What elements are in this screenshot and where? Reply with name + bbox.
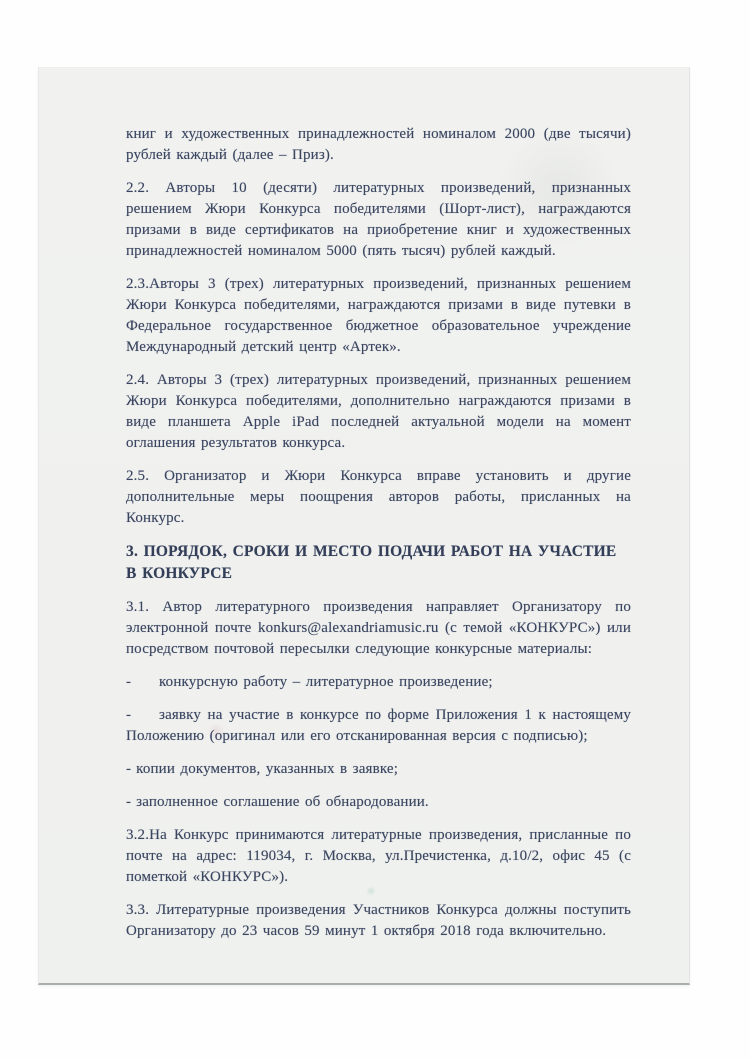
paragraph-3-1: 3.1. Автор литературного произведения на…	[126, 597, 631, 660]
dash-marker: -	[126, 672, 159, 693]
dash-marker: -	[126, 794, 131, 810]
paragraph-3-3: 3.3. Литературные произведения Участнико…	[126, 900, 631, 942]
list-item-text: копии документов, указанных в заявке;	[136, 761, 398, 777]
dash-marker: -	[126, 761, 131, 777]
document-page: книг и художественных принадлежностей но…	[38, 67, 690, 985]
paragraph-2-1-continuation: книг и художественных принадлежностей но…	[126, 124, 631, 166]
section-3-heading: 3. ПОРЯДОК, СРОКИ И МЕСТО ПОДАЧИ РАБОТ Н…	[126, 541, 631, 585]
paragraph-2-3: 2.3.Авторы 3 (трех) литературных произве…	[126, 274, 631, 358]
paragraph-2-4: 2.4. Авторы 3 (трех) литературных произв…	[126, 370, 631, 454]
paragraph-2-2: 2.2. Авторы 10 (десяти) литературных про…	[126, 178, 631, 262]
paragraph-3-2: 3.2.На Конкурс принимаются литературные …	[126, 825, 631, 888]
list-item-text: заявку на участие в конкурсе по форме Пр…	[126, 707, 631, 744]
list-item-application-form: -заявку на участие в конкурсе по форме П…	[126, 705, 631, 747]
list-item-competition-work: -конкурсную работу – литературное произв…	[126, 672, 631, 693]
dash-marker: -	[126, 705, 159, 726]
list-item-text: конкурсную работу – литературное произве…	[159, 674, 493, 690]
page-text-column: книг и художественных принадлежностей но…	[126, 124, 631, 954]
list-item-disclosure-agreement: -заполненное соглашение об обнародовании…	[126, 792, 631, 813]
paragraph-2-5: 2.5. Организатор и Жюри Конкурса вправе …	[126, 466, 631, 529]
list-item-document-copies: -копии документов, указанных в заявке;	[126, 759, 631, 780]
list-item-text: заполненное соглашение об обнародовании.	[136, 794, 429, 810]
